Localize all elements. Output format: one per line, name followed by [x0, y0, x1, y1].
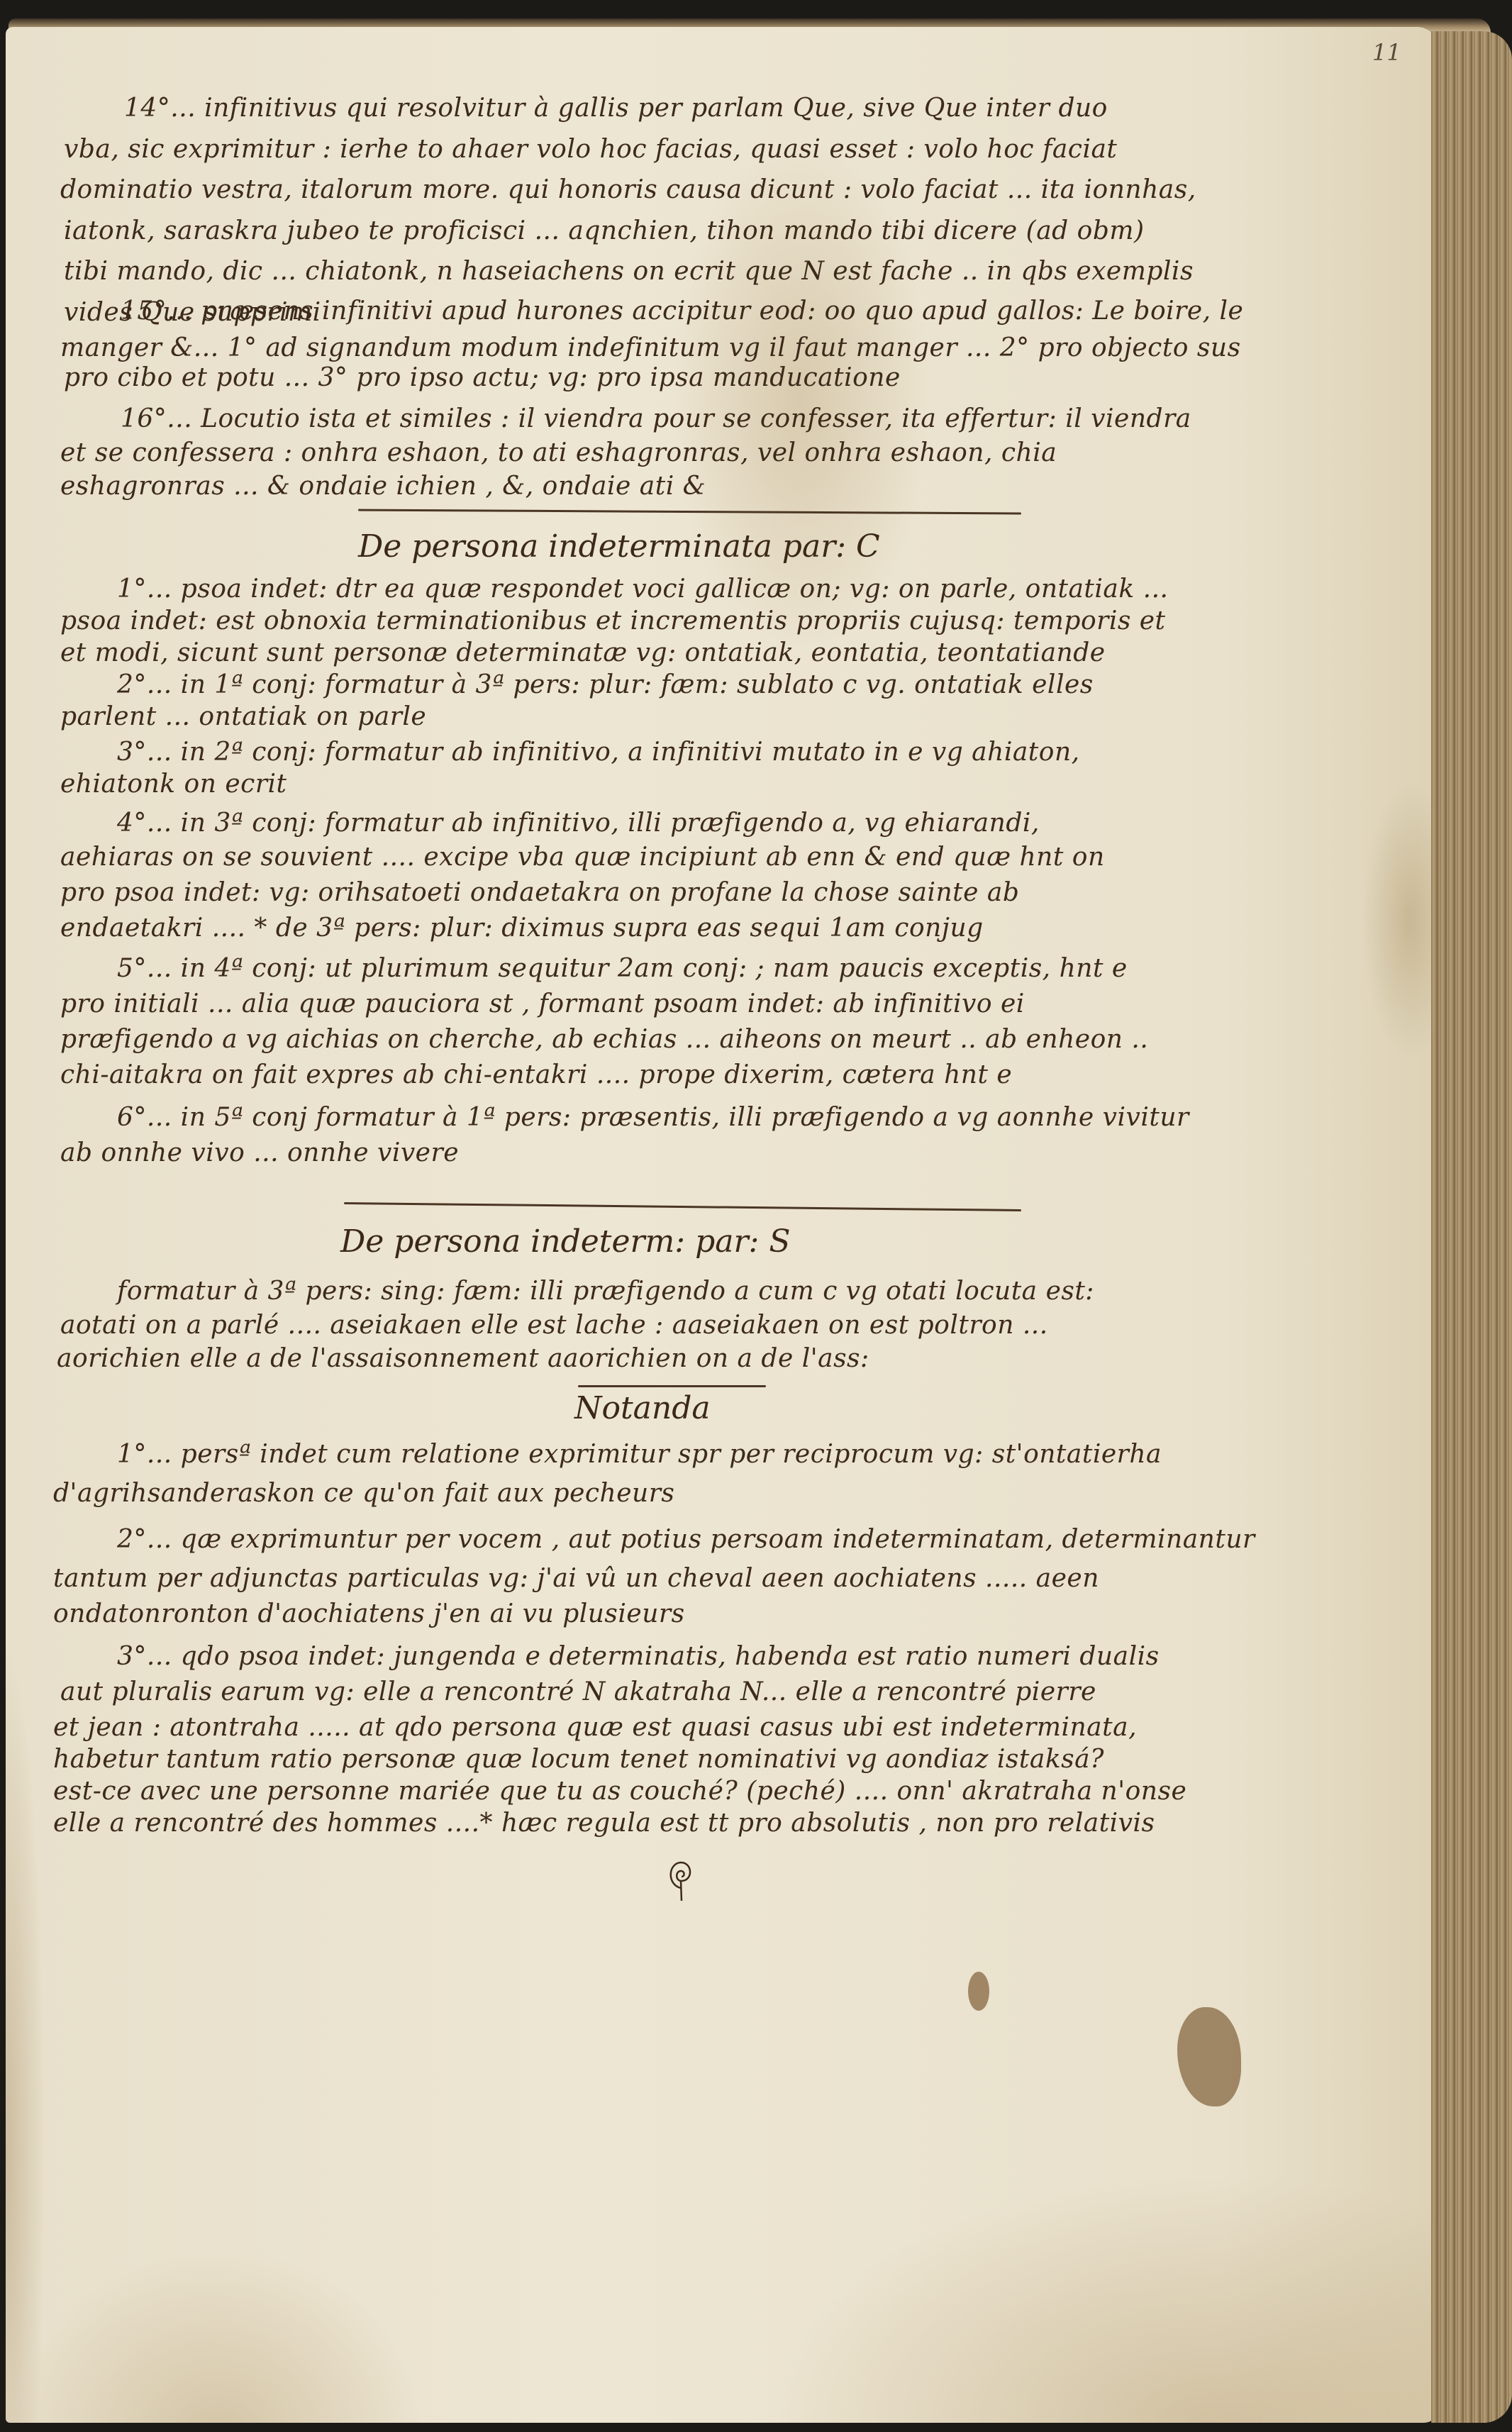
- text-line: et se confessera : onhra eshaon, to ati …: [60, 438, 1057, 467]
- text-line: ehiatonk on ecrit: [60, 770, 287, 799]
- text-line: pro cibo et potu ... 3° pro ipso actu; v…: [64, 363, 901, 392]
- text-line: manger &... 1° ad signandum modum indefi…: [60, 333, 1241, 362]
- text-line: psoa indet: est obnoxia terminationibus …: [60, 606, 1166, 635]
- text-line: ab onnhe vivo ... onnhe vivere: [60, 1138, 459, 1167]
- text-line: 14°... infinitivus qui resolvitur à gall…: [124, 94, 1108, 123]
- text-line: vba, sic exprimitur : ierhe to ahaer vol…: [64, 135, 1117, 164]
- text-line: endaetakri .... * de 3ª pers: plur: dixi…: [60, 914, 984, 943]
- text-line: pro psoa indet: vg: orihsatoeti ondaetak…: [60, 878, 1019, 907]
- text-line: ondatonronton d'aochiatens j'en ai vu pl…: [53, 1599, 685, 1628]
- text-line: habetur tantum ratio personæ quæ locum t…: [53, 1745, 1104, 1774]
- section-heading: Notanda: [574, 1390, 711, 1426]
- text-line: 3°... qdo psoa indet: jungenda e determi…: [117, 1642, 1160, 1671]
- text-line: eshagronras ... & ondaie ichien , &, ond…: [60, 472, 706, 501]
- section-heading: De persona indeterminata par: C: [358, 528, 880, 565]
- text-line: tibi mando, dic ... chiatonk, n haseiach…: [64, 257, 1194, 286]
- text-line: tantum per adjunctas particulas vg: j'ai…: [53, 1564, 1099, 1593]
- text-line: aut pluralis earum vg: elle a rencontré …: [60, 1677, 1096, 1706]
- text-line: d'agrihsanderaskon ce qu'on fait aux pec…: [53, 1479, 674, 1508]
- text-line: 1°... psoa indet: dtr ea quæ respondet v…: [117, 574, 1168, 604]
- text-line: chi-aitakra on fait expres ab chi-entakr…: [60, 1060, 1012, 1089]
- book-fore-edge: [1431, 31, 1512, 2423]
- text-line: præfigendo a vg aichias on cherche, ab e…: [60, 1025, 1148, 1054]
- text-line: 16°... Locutio ista et similes : il vien…: [121, 404, 1191, 433]
- text-line: aehiaras on se souvient .... excipe vba …: [60, 843, 1105, 872]
- text-line: elle a rencontré des hommes ....* hæc re…: [53, 1809, 1155, 1838]
- text-line: pro initiali ... alia quæ pauciora st , …: [60, 989, 1025, 1018]
- text-line: 4°... in 3ª conj: formatur ab infinitivo…: [117, 809, 1040, 838]
- text-line: 15°... præsens infinitivi apud hurones a…: [121, 296, 1243, 326]
- text-line: formatur à 3ª pers: sing: fæm: illi præf…: [117, 1277, 1094, 1306]
- text-line: 1°... persª indet cum relatione exprimit…: [117, 1440, 1162, 1469]
- text-line: parlent ... ontatiak on parle: [60, 702, 426, 731]
- text-line: et jean : atontraha ..... at qdo persona…: [53, 1713, 1137, 1742]
- text-line: est-ce avec une personne mariée que tu a…: [53, 1777, 1186, 1806]
- text-line: iatonk, saraskra jubeo te proficisci ...…: [64, 216, 1145, 245]
- section-heading: De persona indeterm: par: S: [340, 1223, 790, 1260]
- page-number: 11: [1372, 39, 1401, 66]
- text-line: dominatio vestra, italorum more. qui hon…: [60, 175, 1196, 204]
- text-line: 6°... in 5ª conj formatur à 1ª pers: præ…: [117, 1103, 1189, 1132]
- heading-rule: [578, 1385, 766, 1387]
- text-line: 2°... in 1ª conj: formatur à 3ª pers: pl…: [117, 670, 1094, 699]
- text-line: et modi, sicunt sunt personæ determinatæ…: [60, 638, 1106, 667]
- flourish-ornament-icon: [660, 1853, 702, 1902]
- text-line: aotati on a parlé .... aseiakaen elle es…: [60, 1311, 1048, 1340]
- text-line: 5°... in 4ª conj: ut plurimum sequitur 2…: [117, 954, 1128, 983]
- text-line: aorichien elle a de l'assaisonnement aao…: [57, 1344, 869, 1373]
- text-line: 3°... in 2ª conj: formatur ab infinitivo…: [117, 738, 1080, 767]
- ink-blot: [968, 1972, 989, 2011]
- text-line: 2°... qæ exprimuntur per vocem , aut pot…: [117, 1525, 1255, 1554]
